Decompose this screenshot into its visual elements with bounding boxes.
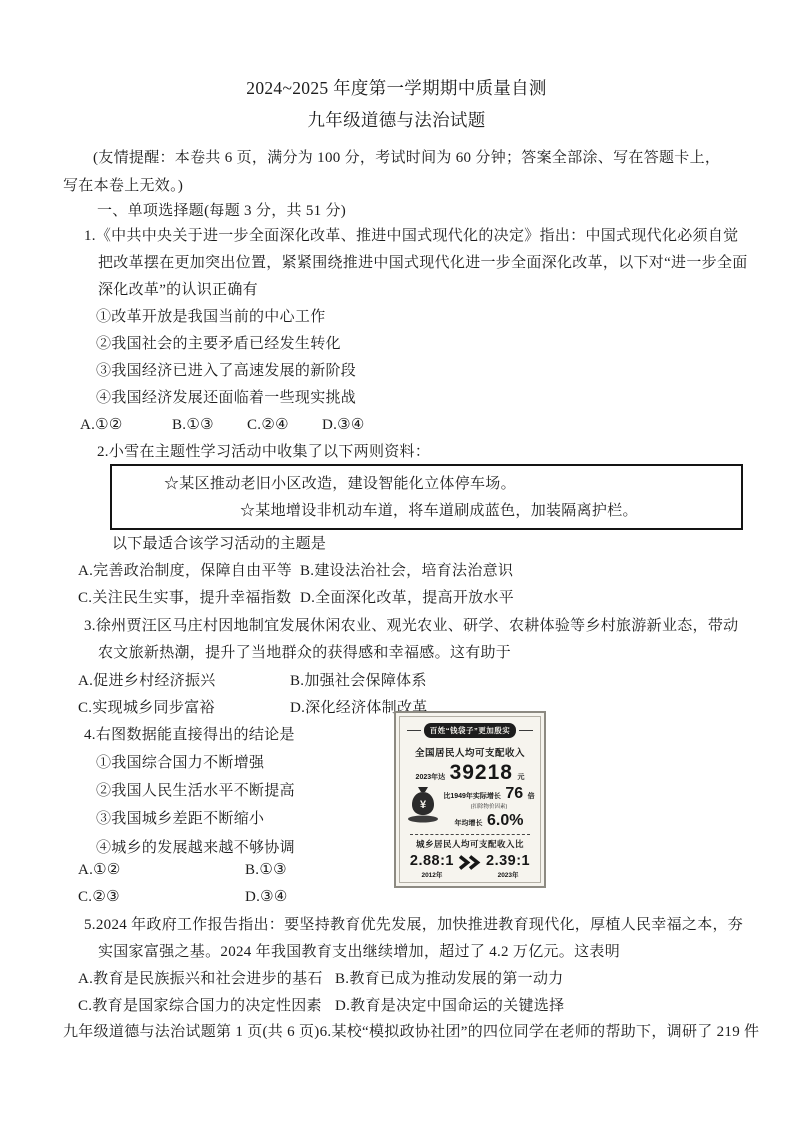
svg-text:¥: ¥ bbox=[420, 799, 427, 811]
q5-option-b: B.教育已成为推动发展的第一动力 bbox=[335, 970, 564, 989]
q2-source-box: ☆某区推动老旧小区改造，建设智能化立体停车场。 ☆某地增设非机动车道，将车道刷成… bbox=[110, 464, 743, 530]
exam-page: { "header": { "title": "2024~2025 年度第一学期… bbox=[0, 0, 793, 1121]
growth-label: 比1949年实际增长 bbox=[443, 793, 501, 800]
q1-stem-line-2: 把改革摆在更加突出位置，紧紧围绕推进中国式现代化进一步全面深化改革，以下对“进一… bbox=[98, 254, 748, 273]
footer-page-label: 九年级道德与法治试题第 1 页(共 6 页) bbox=[63, 1024, 320, 1040]
income-value-row: 2023年达 39218 元 bbox=[400, 761, 540, 785]
income-year-label: 2023年达 bbox=[416, 774, 446, 781]
income-value: 39218 bbox=[450, 761, 513, 784]
growth-line: 比1949年实际增长 76 倍 bbox=[442, 785, 536, 803]
q1-item-2: ②我国社会的主要矛盾已经发生转化 bbox=[96, 335, 341, 354]
ratio-2012: 2.88:1 2012年 bbox=[410, 853, 454, 879]
q1-option-b: B.①③ bbox=[172, 416, 247, 435]
ratio-2023-value: 2.39:1 bbox=[486, 853, 530, 869]
q2-options-row-2: C.关注民生实事，提升幸福指数D.全面深化改革，提高开放水平 bbox=[78, 589, 514, 608]
q5-option-d: D.教育是决定中国命运的关键选择 bbox=[335, 997, 564, 1016]
growth-block: ¥ 比1949年实际增长 76 倍 (扣除物价因素) 年均增长 6.0% bbox=[404, 785, 536, 830]
q2-option-c: C.关注民生实事，提升幸福指数 bbox=[78, 589, 300, 608]
infographic-title: 全国居民人均可支配收入 bbox=[400, 745, 540, 759]
q1-option-d: D.③④ bbox=[322, 416, 365, 435]
poster-divider bbox=[410, 834, 530, 835]
ratio-title: 城乡居民人均可支配收入比 bbox=[400, 838, 540, 850]
q4-item-1: ①我国综合国力不断增强 bbox=[96, 754, 264, 773]
q4-option-d: D.③④ bbox=[245, 888, 288, 907]
growth-note: (扣除物价因素) bbox=[442, 802, 536, 810]
banner-rule-right bbox=[519, 730, 533, 731]
q3-stem-line-2: 农文旅新热潮，提升了当地群众的获得感和幸福感。这有助于 bbox=[98, 644, 511, 663]
ratio-2012-year: 2012年 bbox=[410, 870, 454, 879]
q4-item-2: ②我国人民生活水平不断提高 bbox=[96, 782, 295, 801]
q2-source-line-1: ☆某区推动老旧小区改造，建设智能化立体停车场。 bbox=[164, 472, 516, 493]
q3-stem-line-1: 3.徐州贾汪区马庄村因地制宜发展休闲农业、观光农业、研学、农耕体验等乡村旅游新业… bbox=[84, 617, 738, 636]
q1-option-a: A.①② bbox=[80, 416, 172, 435]
q2-source-line-2: ☆某地增设非机动车道，将车道刷成蓝色，加装隔离护栏。 bbox=[240, 499, 638, 520]
q5-options-row-2: C.教育是国家综合国力的决定性因素D.教育是决定中国命运的关键选择 bbox=[78, 997, 564, 1016]
q6-stem-start: 6.某校“模拟政协社团”的四位同学在老师的帮助下，调研了 219 件 bbox=[320, 1024, 760, 1040]
q4-infographic: 百姓“钱袋子”更加殷实 全国居民人均可支配收入 2023年达 39218 元 ¥… bbox=[394, 711, 546, 888]
q4-option-c: C.②③ bbox=[78, 888, 245, 907]
q2-option-b: B.建设法治社会，培育法治意识 bbox=[300, 562, 513, 581]
q1-option-c: C.②④ bbox=[247, 416, 322, 435]
growth-unit: 倍 bbox=[528, 793, 535, 800]
q1-stem-line-1: 1.《中共中央关于进一步全面深化改革、推进中国式现代化的决定》指出：中国式现代化… bbox=[84, 227, 738, 246]
ratio-2023-year: 2023年 bbox=[486, 870, 530, 879]
avg-growth-line: 年均增长 6.0% bbox=[442, 812, 536, 830]
notice-line-1: (友情提醒：本卷共 6 页，满分为 100 分，考试时间为 60 分钟；答案全部… bbox=[93, 149, 720, 168]
avg-growth-value: 6.0% bbox=[487, 812, 523, 829]
avg-growth-label: 年均增长 bbox=[455, 820, 483, 827]
banner-rule-left bbox=[407, 730, 421, 731]
q4-option-b: B.①③ bbox=[245, 861, 287, 880]
q3-option-b: B.加强社会保障体系 bbox=[290, 672, 427, 691]
infographic-banner-row: 百姓“钱袋子”更加殷实 bbox=[400, 723, 540, 738]
infographic-frame: 百姓“钱袋子”更加殷实 全国居民人均可支配收入 2023年达 39218 元 ¥… bbox=[399, 716, 541, 883]
q3-option-a: A.促进乡村经济振兴 bbox=[78, 672, 290, 691]
growth-stats: 比1949年实际增长 76 倍 (扣除物价因素) 年均增长 6.0% bbox=[442, 785, 536, 830]
q5-option-c: C.教育是国家综合国力的决定性因素 bbox=[78, 997, 335, 1016]
q1-item-4: ④我国经济发展还面临着一些现实挑战 bbox=[96, 389, 356, 408]
q5-stem-line-2: 实国家富强之基。2024 年我国教育支出继续增加，超过了 4.2 万亿元。这表明 bbox=[98, 943, 620, 962]
q3-options-row-1: A.促进乡村经济振兴B.加强社会保障体系 bbox=[78, 672, 427, 691]
q2-stem: 2.小雪在主题性学习活动中收集了以下两则资料： bbox=[97, 443, 430, 462]
exam-subtitle: 九年级道德与法治试题 bbox=[0, 110, 793, 132]
ratio-2023: 2.39:1 2023年 bbox=[486, 853, 530, 879]
q4-option-a: A.①② bbox=[78, 861, 245, 880]
q4-options-row-2: C.②③D.③④ bbox=[78, 888, 288, 907]
page-footer: 九年级道德与法治试题第 1 页(共 6 页)6.某校“模拟政协社团”的四位同学在… bbox=[63, 1023, 759, 1042]
q4-item-3: ③我国城乡差距不断缩小 bbox=[96, 810, 264, 829]
q1-options-row: A.①②B.①③C.②④D.③④ bbox=[80, 416, 365, 435]
q5-stem-line-1: 5.2024 年政府工作报告指出：要坚持教育优先发展，加快推进教育现代化，厚植人… bbox=[84, 916, 743, 935]
q1-item-1: ①改革开放是我国当前的中心工作 bbox=[96, 308, 326, 327]
double-chevron-icon bbox=[458, 855, 482, 870]
exam-title: 2024~2025 年度第一学期期中质量自测 bbox=[0, 78, 793, 100]
q5-options-row-1: A.教育是民族振兴和社会进步的基石B.教育已成为推动发展的第一动力 bbox=[78, 970, 564, 989]
q1-stem-line-3: 深化改革”的认识正确有 bbox=[98, 281, 258, 300]
section-heading: 一、单项选择题(每题 3 分，共 51 分) bbox=[97, 202, 346, 221]
q4-item-4: ④城乡的发展越来越不够协调 bbox=[96, 839, 295, 858]
q4-options-row-1: A.①②B.①③ bbox=[78, 861, 287, 880]
infographic-banner: 百姓“钱袋子”更加殷实 bbox=[424, 723, 517, 738]
q3-options-row-2: C.实现城乡同步富裕D.深化经济体制改革 bbox=[78, 699, 428, 718]
q5-option-a: A.教育是民族振兴和社会进步的基石 bbox=[78, 970, 335, 989]
ratio-row: 2.88:1 2012年 2.39:1 2023年 bbox=[400, 853, 540, 879]
growth-value: 76 bbox=[505, 785, 523, 802]
q2-options-row-1: A.完善政治制度，保障自由平等B.建设法治社会，培育法治意识 bbox=[78, 562, 513, 581]
notice-line-2: 写在本卷上无效。) bbox=[63, 177, 183, 196]
q2-option-a: A.完善政治制度，保障自由平等 bbox=[78, 562, 300, 581]
q4-stem: 4.右图数据能直接得出的结论是 bbox=[84, 726, 295, 745]
money-bag-icon: ¥ bbox=[404, 785, 442, 830]
q1-item-3: ③我国经济已进入了高速发展的新阶段 bbox=[96, 362, 356, 381]
ratio-2012-value: 2.88:1 bbox=[410, 853, 454, 869]
income-unit: 元 bbox=[517, 774, 524, 781]
q3-option-c: C.实现城乡同步富裕 bbox=[78, 699, 290, 718]
q2-option-d: D.全面深化改革，提高开放水平 bbox=[300, 589, 514, 608]
q2-prompt: 以下最适合该学习活动的主题是 bbox=[112, 535, 326, 554]
